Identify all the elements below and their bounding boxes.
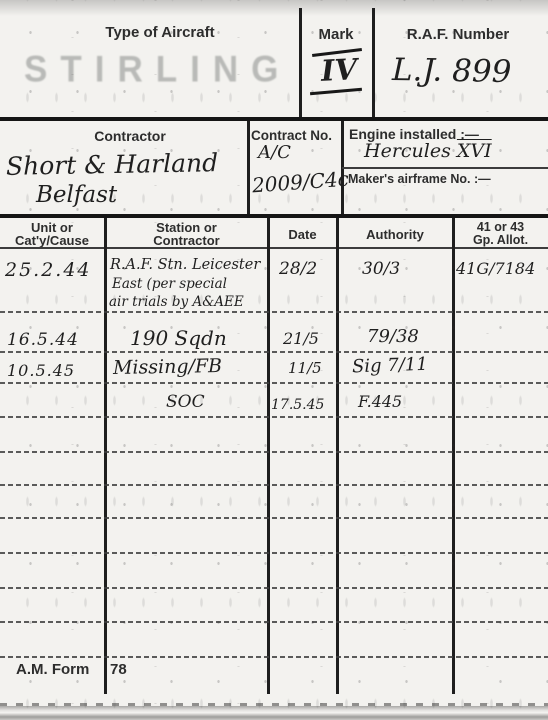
contract-no-label: Contract No. <box>251 128 332 143</box>
mark-value-handwritten: IV <box>320 55 358 86</box>
table-row-line <box>0 621 548 623</box>
row4-date: 17.5.45 <box>271 398 324 412</box>
raf-number-handwritten: L.J. 899 <box>392 55 512 88</box>
form-number-value: 78 <box>110 661 127 678</box>
row1-station-line2: East (per special <box>112 278 227 292</box>
type-of-aircraft-label: Type of Aircraft <box>85 24 235 41</box>
row2-unit-date: 16.5.44 <box>7 332 79 349</box>
row3-station: Missing/FB <box>113 357 222 378</box>
row2-station: 190 Sqdn <box>130 328 227 348</box>
row2-authority: 79/38 <box>367 328 419 346</box>
row4-authority: F.445 <box>358 394 402 410</box>
engine-value-handwritten: Hercules XVI <box>364 142 492 161</box>
contract-value-line2-handwritten: 2009/C4c <box>251 169 349 196</box>
raf-number-label: R.A.F. Number <box>373 26 543 43</box>
col-header-authority: Authority <box>337 227 453 242</box>
engine-name: Hercules <box>364 140 451 162</box>
row1-date: 28/2 <box>279 261 317 278</box>
section-divider-thick-line <box>0 117 548 121</box>
col-header-allot-line2: Gp. Allot. <box>453 234 548 247</box>
row1-station-line3: air trials by A&AEE <box>109 296 244 310</box>
table-row-line <box>0 451 548 453</box>
details-divider-line <box>247 121 250 215</box>
table-row-line <box>0 351 548 353</box>
scan-bottom-band <box>0 706 548 720</box>
table-row-line <box>0 517 548 519</box>
col-header-station: Station or Contractor <box>105 221 268 247</box>
row1-authority: 30/3 <box>362 261 400 278</box>
col-header-station-line2: Contractor <box>105 234 268 247</box>
header-divider-line <box>372 8 375 118</box>
scan-top-shadow <box>0 0 548 16</box>
contractor-label: Contractor <box>40 128 220 144</box>
contractor-city-handwritten: Belfast <box>36 184 117 207</box>
table-row-line <box>0 552 548 554</box>
aircraft-type-stamp: STIRLING <box>24 49 304 91</box>
col-header-date: Date <box>268 227 337 242</box>
row2-date: 21/5 <box>283 331 319 347</box>
row1-allot: 41G/7184 <box>456 261 535 277</box>
table-row-line <box>0 484 548 486</box>
table-header-underline <box>0 247 548 249</box>
table-row-line <box>0 382 548 384</box>
engine-mark-numeral: XVI <box>457 140 492 162</box>
row3-unit-date: 10.5.45 <box>7 363 75 379</box>
row3-date: 11/5 <box>288 361 322 376</box>
col-header-allot: 41 or 43 Gp. Allot. <box>453 221 548 247</box>
row3-authority: Sig 7/11 <box>352 356 428 377</box>
table-row-line <box>0 311 548 313</box>
contractor-name-handwritten: Short & Harland <box>6 150 218 179</box>
row1-unit-date: 25.2.44 <box>5 261 92 280</box>
contract-value-line1-handwritten: A/C <box>258 144 291 162</box>
engine-cell-divider-line <box>342 167 548 169</box>
row1-station-line1: R.A.F. Stn. Leicester <box>110 258 260 273</box>
mark-label: Mark <box>300 26 372 43</box>
row4-station: SOC <box>166 394 205 411</box>
col-header-unit: Unit or Cat'y/Cause <box>0 221 104 247</box>
header-divider-line <box>299 8 302 118</box>
am-form-78-scan: Type of Aircraft STIRLING Mark IV R.A.F.… <box>0 0 548 720</box>
form-number-label: A.M. Form <box>16 661 89 678</box>
table-row-line <box>0 416 548 418</box>
section-divider-thick-line <box>0 214 548 218</box>
col-header-unit-line2: Cat'y/Cause <box>0 234 104 247</box>
makers-airframe-label: Maker's airframe No. :— <box>348 172 491 186</box>
table-row-line <box>0 587 548 589</box>
table-row-line <box>0 656 548 658</box>
mark-underline-stroke <box>310 88 362 96</box>
